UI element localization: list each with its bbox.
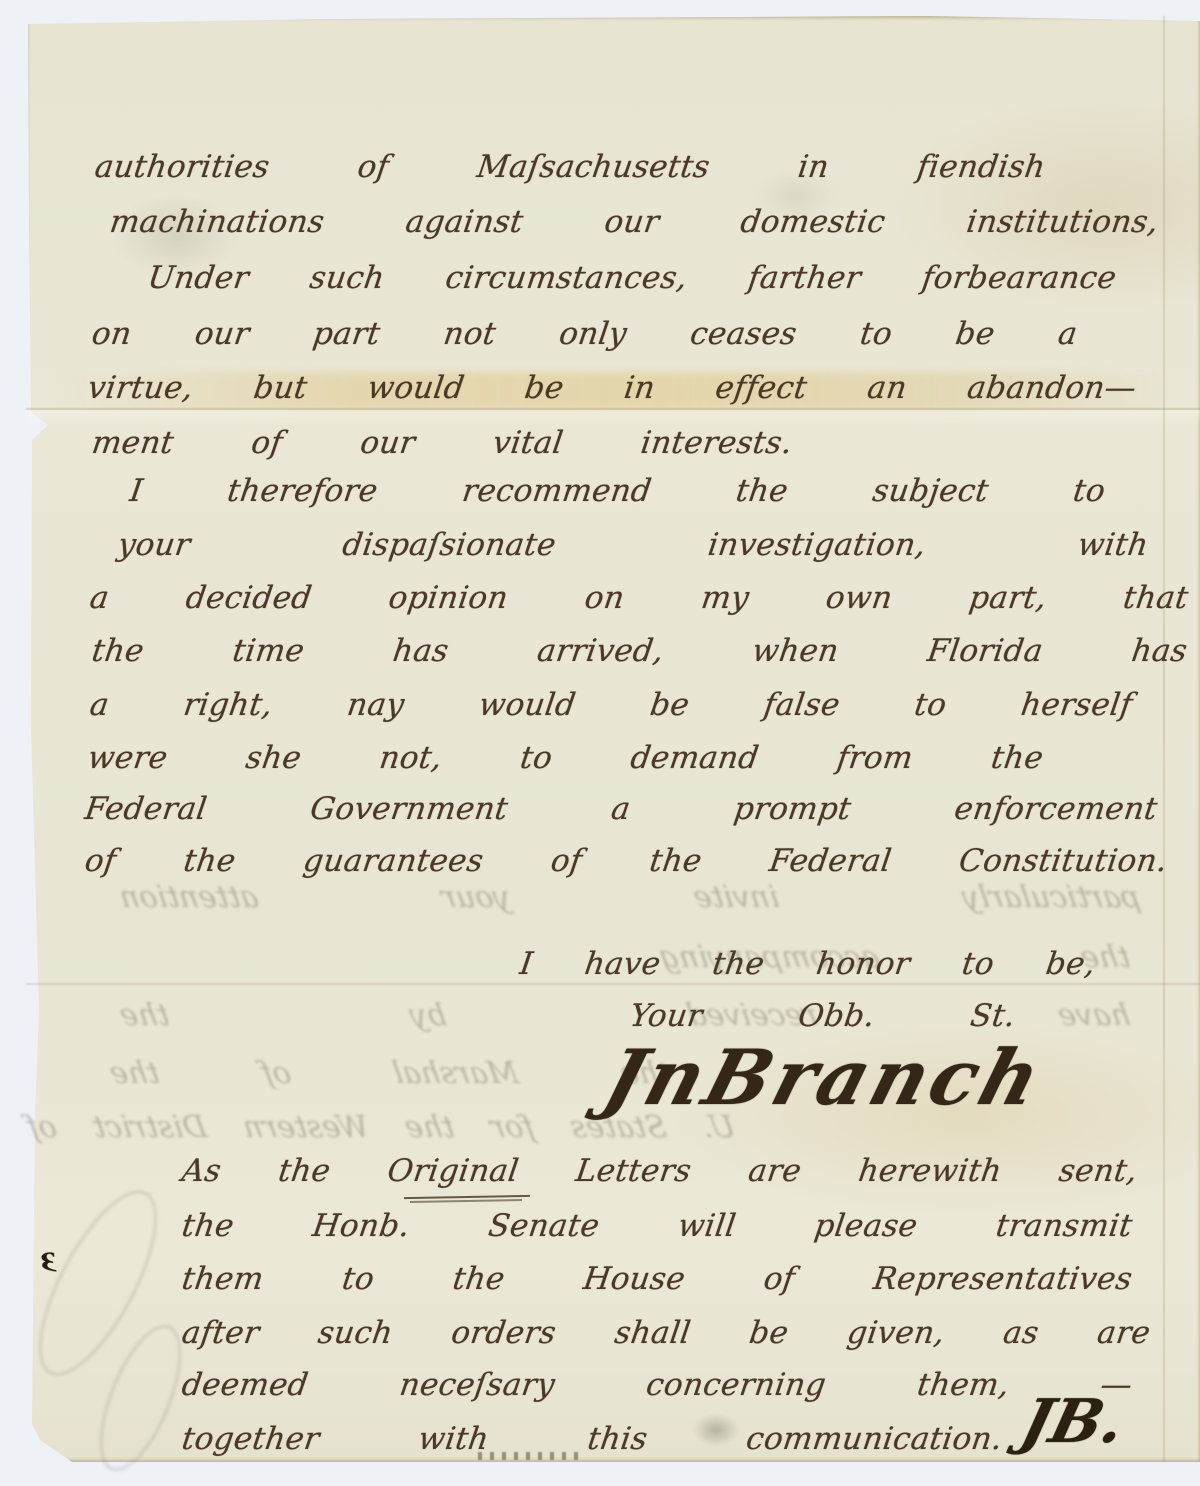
manuscript-line: machinations against our domestic instit… <box>107 201 1161 245</box>
manuscript-line: I therefore recommend the subject to <box>127 470 1108 514</box>
show-through-line: particularly invite your attention <box>116 878 1143 918</box>
manuscript-line: virtue, but would be in effect an abando… <box>85 367 1139 411</box>
manuscript-line: were she not, to demand from the <box>85 737 1046 781</box>
signature: JnBranch <box>590 1028 1162 1140</box>
signature-initials: JB. <box>1011 1382 1183 1472</box>
postscript-line: after such orders shall be given, as are <box>179 1312 1153 1356</box>
postscript-line: deemed neceſsary concerning them, — <box>179 1364 1135 1408</box>
manuscript-line: Under such circumstances, farther forbea… <box>145 257 1119 301</box>
postscript-line: them to the House of Representatives <box>179 1258 1135 1302</box>
manuscript-line: of the guarantees of the Federal Constit… <box>82 840 1170 884</box>
closing-line: I have the honor to be, <box>517 943 1098 987</box>
fold-crease-vertical <box>1163 16 1165 1462</box>
postscript-line: As the Original Letters are herewith sen… <box>179 1150 1140 1194</box>
postscript-line: the Honb. Senate will please transmit <box>179 1205 1135 1249</box>
manuscript-line: on our part not only ceases to be a <box>89 313 1080 357</box>
manuscript-line: ment of our vital interests. <box>89 422 795 466</box>
manuscript-line: a decided opinion on my own part, that <box>87 577 1191 621</box>
manuscript-line: the time has arrived, when Florida has <box>89 630 1190 674</box>
manuscript-line: Federal Government a prompt enforcement <box>82 788 1160 832</box>
manuscript-line: a right, nay would be false to herself <box>87 684 1135 728</box>
manuscript-line: your dispaſsionate investigation, with <box>115 524 1151 568</box>
scanned-letter-page: particularly invite your attention the a… <box>0 0 1200 1486</box>
postscript-line: together with this communication. <box>179 1418 1005 1462</box>
manuscript-line: authorities of Maſsachusetts in fiendish <box>92 146 1048 190</box>
edge-speckles <box>478 1452 578 1460</box>
show-through-line: the Marshal of the <box>106 1054 673 1094</box>
